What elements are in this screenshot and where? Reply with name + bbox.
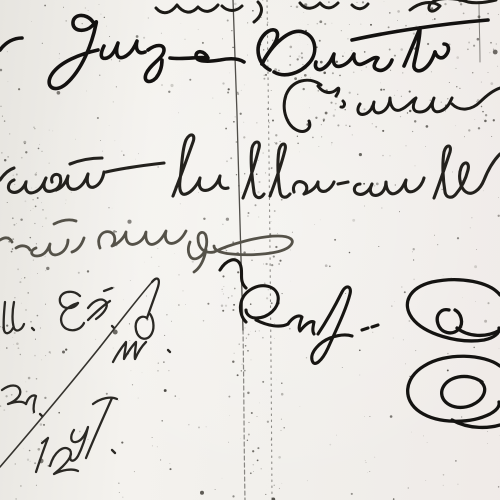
dotted-fold-line bbox=[267, 0, 272, 500]
margin-note-rn bbox=[2, 386, 42, 417]
handwriting-hablar-con bbox=[0, 135, 500, 198]
scanned-document-page: …anda, a m. de Ago… Juez del Distrit… Ve… bbox=[0, 0, 500, 500]
margin-note-diagonal-slash bbox=[0, 282, 152, 467]
manuscript-scan bbox=[0, 0, 500, 500]
handwriting-ese-venga bbox=[0, 220, 292, 272]
initial-flourish-d bbox=[407, 280, 500, 341]
fold-crease-line-lower bbox=[243, 330, 245, 500]
handwriting-veracruz bbox=[284, 80, 500, 131]
initial-flourish-c bbox=[408, 356, 500, 427]
margin-note-p-ex bbox=[4, 288, 114, 333]
margin-note-12-7-md bbox=[36, 279, 170, 474]
edge-artifact-line bbox=[479, 2, 480, 62]
handwriting-juez-del-distrito bbox=[0, 15, 488, 88]
